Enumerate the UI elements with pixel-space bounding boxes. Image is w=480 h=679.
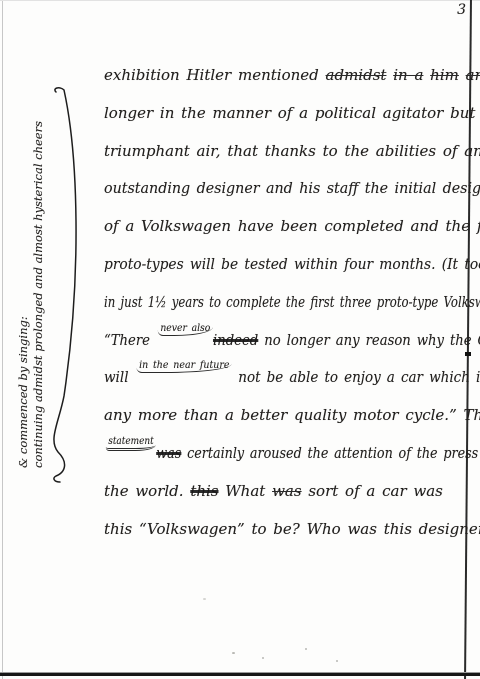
scan-edge-top bbox=[0, 0, 480, 1]
margin-brace bbox=[42, 84, 90, 488]
margin-annotation-continuation: & commenced by singing: bbox=[16, 84, 31, 468]
inserted-word: in the near future bbox=[136, 360, 232, 373]
struck-word: was bbox=[272, 482, 301, 500]
scan-tick-mark bbox=[465, 352, 471, 356]
manuscript-text: will bbox=[104, 368, 135, 386]
manuscript-text: the world. bbox=[104, 482, 190, 500]
struck-word: was bbox=[156, 444, 181, 462]
manuscript-text: outstanding designer and his staff the i… bbox=[104, 179, 480, 197]
paper-speck bbox=[203, 598, 206, 600]
struck-word: this bbox=[190, 482, 218, 500]
manuscript-text: triumphant air, that thanks to the abili… bbox=[104, 142, 480, 160]
scan-edge-bottom bbox=[0, 673, 480, 676]
manuscript-text: no longer any reason why the German peop… bbox=[258, 331, 480, 349]
manuscript-line: will in the near future not be able to e… bbox=[104, 359, 424, 397]
manuscript-text: of a Volkswagen have been completed and … bbox=[104, 217, 480, 235]
struck-word: him bbox=[430, 66, 459, 84]
manuscript-text: certainly aroused the attention of the p… bbox=[181, 444, 480, 462]
manuscript-line: exhibition Hitler mentioned admidst in a… bbox=[104, 57, 460, 95]
manuscript-line: longer in the manner of a political agit… bbox=[104, 95, 460, 133]
inserted-word: statement bbox=[106, 436, 157, 451]
manuscript-line: of a Volkswagen have been completed and … bbox=[104, 208, 460, 246]
manuscript-line: the world. this What was sort of a car w… bbox=[104, 473, 460, 511]
paper-speck bbox=[305, 648, 307, 650]
manuscript-text: sort of a car was bbox=[302, 482, 443, 500]
manuscript-line: any more than a better quality motor cyc… bbox=[104, 397, 460, 435]
manuscript-line: “There never alsoindeed no longer any re… bbox=[104, 322, 417, 360]
manuscript-line: this “Volkswagen” to be? Who was this de… bbox=[104, 511, 460, 549]
manuscript-lines: exhibition Hitler mentioned admidst in a… bbox=[104, 57, 460, 548]
struck-word: and bbox=[466, 66, 480, 84]
manuscript-text: exhibition Hitler mentioned bbox=[104, 66, 326, 84]
manuscript-line: in just 1½ years to complete the first t… bbox=[104, 284, 382, 322]
manuscript-line: triumphant air, that thanks to the abili… bbox=[104, 133, 460, 171]
paper-speck bbox=[262, 657, 264, 659]
manuscript-line: outstanding designer and his staff the i… bbox=[104, 170, 442, 208]
manuscript-text bbox=[459, 66, 466, 84]
manuscript-line: statementwas certainly aroused the atten… bbox=[104, 435, 407, 473]
paper-speck bbox=[336, 660, 338, 662]
manuscript-line: proto-types will be tested within four m… bbox=[104, 246, 432, 284]
manuscript-page: 3 & commenced by singing: continuing adm… bbox=[0, 0, 480, 679]
manuscript-text: this “Volkswagen” to be? Who was this de… bbox=[104, 520, 480, 538]
manuscript-text: What bbox=[219, 482, 273, 500]
struck-word: in a bbox=[393, 66, 423, 84]
manuscript-text: not be able to enjoy a car which is not … bbox=[232, 368, 480, 386]
manuscript-text: longer in the manner of a political agit… bbox=[104, 104, 480, 122]
page-number: 3 bbox=[457, 2, 466, 18]
struck-word: admidst bbox=[326, 66, 387, 84]
inserted-word: never also bbox=[158, 323, 213, 336]
manuscript-text: “There bbox=[104, 331, 156, 349]
paper-speck bbox=[232, 652, 235, 654]
manuscript-text: any more than a better quality motor cyc… bbox=[104, 406, 480, 424]
manuscript-text: in just 1½ years to complete the first t… bbox=[104, 293, 480, 311]
manuscript-text: proto-types will be tested within four m… bbox=[104, 255, 480, 273]
scan-edge-left bbox=[2, 0, 3, 679]
struck-word: indeed bbox=[213, 331, 258, 349]
